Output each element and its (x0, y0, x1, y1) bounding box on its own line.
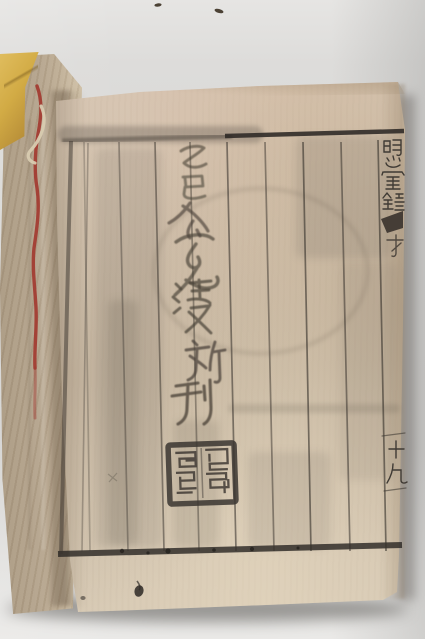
spine-page-number (387, 441, 407, 483)
ink-overlay (0, 0, 425, 639)
seal-stamp (168, 443, 236, 504)
spine-partial-glyph (387, 235, 403, 256)
fishtail-icon (381, 211, 403, 233)
dust-specks (154, 3, 224, 14)
spine-title-glyphs (382, 140, 404, 210)
photo-of-antique-book: 乙巳冬完漢新刊 明心寶鑑 十九 ▼ (0, 0, 425, 639)
spine-column (381, 140, 407, 491)
colophon-calligraphy (169, 146, 225, 424)
binding-thread (28, 86, 44, 418)
